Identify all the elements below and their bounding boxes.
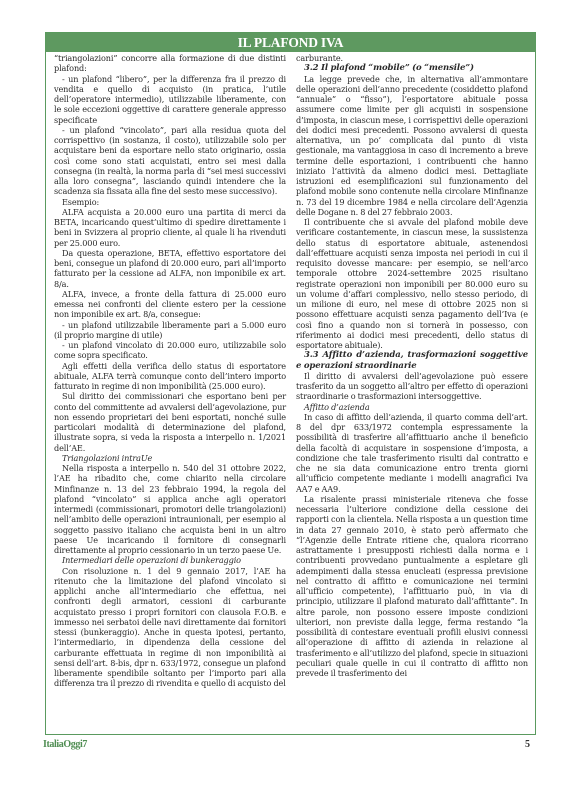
paragraph: In caso di affitto dell’azienda, il quar…: [296, 412, 528, 494]
subheading: Intermediari delle operazioni di bunkera…: [54, 555, 286, 565]
subheading: Triangolazioni intraUe: [54, 453, 286, 463]
paragraph: Sul diritto dei commissionari che esport…: [54, 391, 286, 453]
paragraph: Nella risposta a interpello n. 540 del 3…: [54, 463, 286, 555]
paragraph: carburante.: [296, 53, 528, 63]
right-column: carburante.3.2 Il plafond “mobile” (o “m…: [296, 53, 528, 732]
bullet-item: - un plafond vincolato di 20.000 euro, u…: [54, 340, 286, 361]
section-heading: 3.2 Il plafond “mobile” (o “mensile”): [296, 63, 528, 73]
paragraph: ALFA, invece, a fronte della fattura di …: [54, 289, 286, 320]
paragraph: ALFA acquista a 20.000 euro una partita …: [54, 207, 286, 248]
left-column: “triangolazioni” concorre alla formazion…: [54, 53, 286, 732]
page-number: 5: [525, 739, 530, 750]
bullet-item: - un plafond “vincolato”, pari alla resi…: [54, 125, 286, 197]
paragraph: Il contribuente che si avvale del plafon…: [296, 217, 528, 350]
paragraph: Agli effetti della verifica dello status…: [54, 361, 286, 392]
paragraph: Il diritto di avvalersi dell’agevolazion…: [296, 371, 528, 402]
section-heading: 3.3 Affitto d’azienda, trasformazioni so…: [296, 350, 528, 371]
publication-logo: ItaliaOggi7: [43, 739, 87, 750]
bullet-item: - un plafond utilizzabile liberamente pa…: [54, 320, 286, 341]
paragraph: Esempio:: [54, 197, 286, 207]
subheading: Affitto d’azienda: [296, 402, 528, 412]
paragraph: La legge prevede che, in alternativa all…: [296, 74, 528, 218]
article-body: “triangolazioni” concorre alla formazion…: [54, 53, 528, 732]
paragraph: Con risoluzione n. 1 del 9 gennaio 2017,…: [54, 566, 286, 689]
article-frame: IL PLAFOND IVA “triangolazioni” concorre…: [45, 32, 536, 735]
paragraph: “triangolazioni” concorre alla formazion…: [54, 53, 286, 74]
paragraph: Da questa operazione, BETA, effettivo es…: [54, 248, 286, 289]
paragraph: La risalente prassi ministeriale ritenev…: [296, 494, 528, 679]
section-title: IL PLAFOND IVA: [46, 33, 535, 52]
bullet-item: - un plafond “libero”, per la differenza…: [54, 74, 286, 125]
